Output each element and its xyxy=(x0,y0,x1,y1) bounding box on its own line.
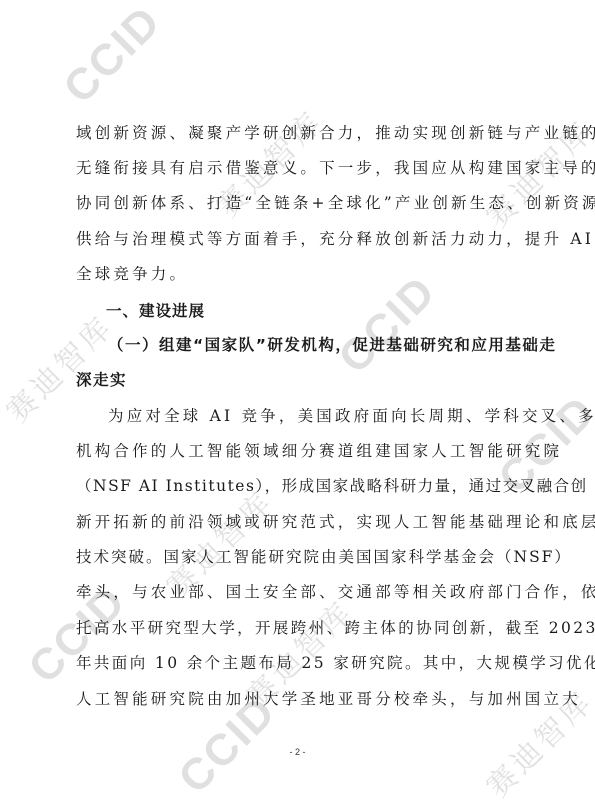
watermark-logo: CCID xyxy=(54,0,171,114)
text-line: 供给与治理模式等方面着手，充分释放创新活力动力，提升 AI xyxy=(76,229,520,249)
text-line: 机构合作的人工智能领域细分赛道组建国家人工智能研究院 xyxy=(76,441,520,461)
text-line: 牵头，与农业部、国土安全部、交通部等相关政府部门合作，依 xyxy=(76,582,520,602)
text-line: 技术突破。国家人工智能研究院由美国国家科学基金会（NSF） xyxy=(76,547,520,567)
section-heading: 一、建设进展 xyxy=(106,299,205,321)
text-line: （NSF AI Institutes），形成国家战略科研力量，通过交叉融合创 xyxy=(76,476,520,496)
text-line: 无缝衔接具有启示借鉴意义。下一步，我国应从构建国家主导的 xyxy=(76,158,520,178)
text-line: 年共面向 10 余个主题布局 25 家研究院。其中，大规模学习优化 xyxy=(76,653,520,673)
text-line: 托高水平研究型大学，开展跨州、跨主体的协同创新，截至 2023 xyxy=(76,618,520,638)
subsection-heading-line: 深走实 xyxy=(76,370,520,390)
text-line: 为应对全球 AI 竞争，美国政府面向长周期、学科交叉、多 xyxy=(108,406,520,426)
subsection-heading-line: （一）组建“国家队”研发机构，促进基础研究和应用基础走 xyxy=(108,335,520,355)
watermark-logo: CCID xyxy=(329,266,446,383)
text-line: 新开拓新的前沿领域或研究范式，实现人工智能基础理论和底层 xyxy=(76,512,520,532)
text-line: 协同创新体系、打造“全链条+全球化”产业创新生态、创新资源 xyxy=(76,193,520,213)
text-line: 全球竞争力。 xyxy=(76,264,520,284)
page-number: - 2 - xyxy=(0,747,595,757)
text-line: 域创新资源、凝聚产学研创新合力，推动实现创新链与产业链的 xyxy=(76,123,520,143)
watermark-text: 赛迪智库 xyxy=(0,303,122,430)
text-line: 人工智能研究院由加州大学圣地亚哥分校牵头，与加州国立大 xyxy=(76,689,520,709)
document-page: CCID 赛迪智库 CCID 赛迪智库 赛迪智库 CCID 赛迪智库 CCID … xyxy=(0,0,595,807)
